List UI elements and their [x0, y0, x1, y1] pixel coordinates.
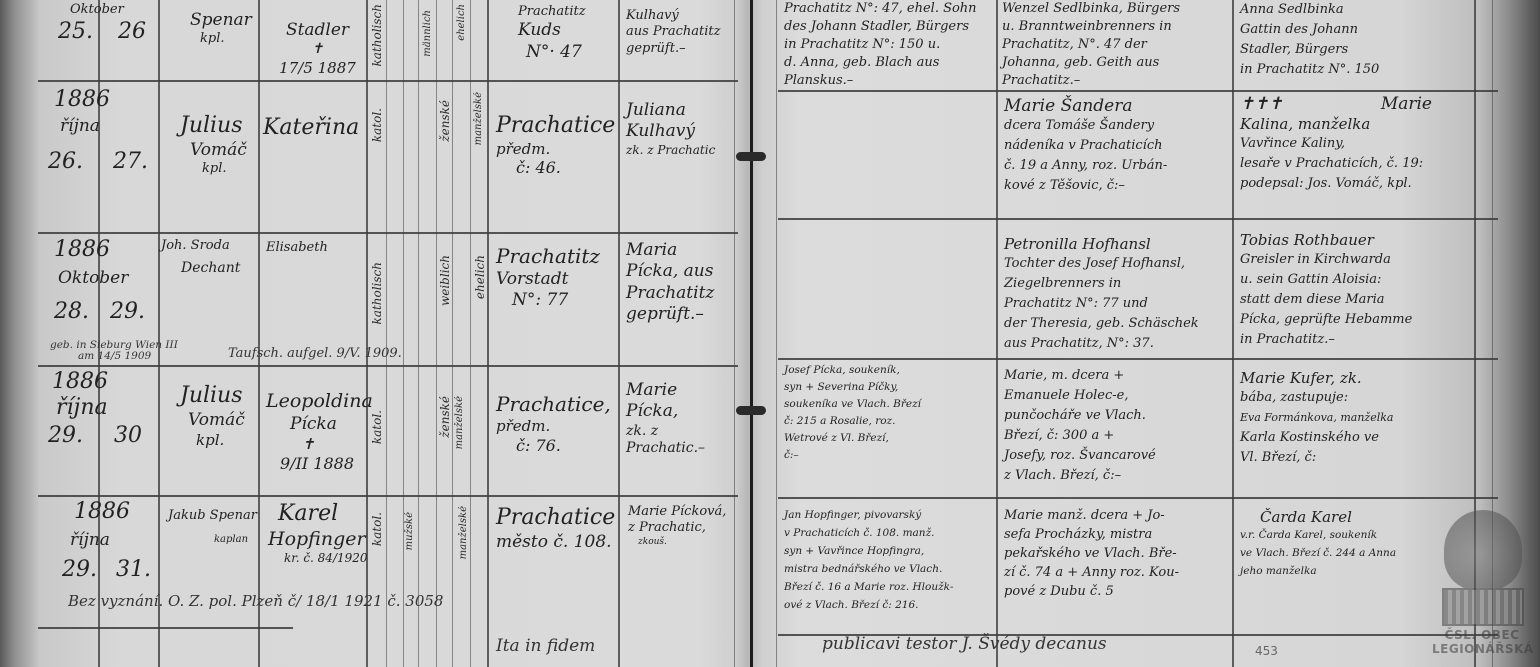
baptizer: Julius Vomáč kpl. — [180, 112, 260, 177]
legitimacy: manželské — [473, 92, 484, 145]
month: října — [60, 116, 100, 137]
marginal-note: Taufsch. aufgel. 9/V. 1909. — [228, 346, 402, 361]
house-address: Prachatice, předm. č: 76. — [496, 380, 618, 456]
legion-watermark-stamp: ČSL. OBEC LEGIONÁŘSKÁ — [1432, 510, 1532, 660]
baptism-day: 31. — [116, 556, 151, 584]
sex: weiblich — [438, 255, 452, 306]
birth-day: 25. — [58, 18, 93, 46]
register-book-spread: Oktober 25. 26 Spenar kpl. Stadler ✝ 17/… — [0, 0, 1540, 667]
baptism-day: 27. — [113, 148, 148, 176]
left-page: Oktober 25. 26 Spenar kpl. Stadler ✝ 17/… — [18, 0, 740, 667]
child-name: Leopoldina Pícka ✝ 9/II 1888 — [266, 390, 366, 474]
house-address: Prachatitz Kuds N°· 47 — [518, 4, 613, 63]
midwife: Maria Pícka, aus Prachatitz geprüft.– — [626, 240, 738, 325]
marginal-note: Bez vyznání. O. Z. pol. Plzeň č/ 18/1 19… — [68, 592, 443, 610]
house-address: Prachatitz Vorstadt N°: 77 — [496, 244, 616, 312]
mother-info: Marie Šandera dcera Tomáše Šandery náden… — [1004, 96, 1232, 196]
child-name: Elisabeth — [266, 240, 328, 256]
row-divider — [778, 497, 1498, 499]
legitimacy: ehelich — [456, 4, 467, 41]
sex: mužské — [404, 512, 415, 550]
baptizer: Joh. Sroda Dechant — [161, 238, 259, 278]
child-name: Karel Hopfinger kr. č. 84/1920 — [268, 500, 368, 566]
religion: katholisch — [370, 4, 384, 66]
mother-info: Wenzel Sedlbinka, Bürgers u. Branntweinb… — [1002, 0, 1230, 90]
page-footer-note: Ita in fidem — [496, 636, 595, 656]
column-divider — [418, 0, 419, 667]
page-footer-signature: publicavi testor J. Švédy decanus — [822, 634, 1107, 654]
soldier-portrait-icon — [1444, 510, 1522, 590]
page-number: 453 — [1255, 644, 1278, 658]
column-divider — [403, 0, 404, 667]
religion: katol. — [370, 108, 384, 142]
crosses-mark: ✝✝✝ — [1240, 94, 1283, 114]
midwife: Kulhavý aus Prachatitz geprüft.– — [626, 8, 736, 57]
birth-day: 29. — [62, 556, 97, 584]
sex: ženské — [438, 100, 452, 142]
father-info: Josef Pícka, soukeník, syn + Severina Pí… — [784, 362, 996, 464]
column-divider — [996, 0, 998, 667]
row-divider — [38, 365, 738, 367]
house-address: Prachatice město č. 108. — [496, 504, 618, 553]
column-divider — [158, 0, 160, 667]
sex: ženské — [438, 396, 452, 438]
year: 1886 — [54, 236, 110, 264]
row-divider — [778, 358, 1498, 360]
father-info: Jan Hopfinger, pivovarský v Prachaticích… — [784, 506, 996, 614]
book-binding — [740, 0, 762, 667]
house-address: Prachatice předm. č: 46. — [496, 112, 616, 178]
year: 1886 — [74, 498, 130, 526]
baptizer: Julius Vomáč kpl. — [180, 382, 260, 450]
legitimacy: manželské — [454, 396, 465, 449]
godparents-info: Tobias Rothbauer Greisler in Kirchwarda … — [1240, 230, 1472, 350]
midwife: Juliana Kulhavý zk. z Prachatic — [626, 100, 738, 158]
sex: männlich — [422, 10, 433, 57]
godparents-info: ✝✝✝ Marie Kalina, manželka Vavřince Kali… — [1240, 94, 1472, 194]
father-info: Prachatitz N°: 47, ehel. Sohn des Johann… — [784, 0, 994, 90]
row-divider — [38, 495, 738, 497]
birth-day: 29. — [48, 422, 83, 450]
row-divider — [778, 90, 1498, 92]
column-divider — [436, 0, 437, 667]
month: Oktober — [70, 2, 124, 18]
row-divider — [778, 218, 1498, 220]
legitimacy: manželské — [458, 506, 469, 559]
row-divider — [38, 232, 738, 234]
mother-info: Marie, m. dcera + Emanuele Holec-e, punč… — [1004, 366, 1232, 486]
spine — [750, 0, 753, 667]
column-divider — [618, 0, 620, 667]
year: 1886 — [54, 86, 110, 114]
mother-info: Petronilla Hofhansl Tochter des Josef Ho… — [1004, 234, 1232, 354]
birth-day: 26. — [48, 148, 83, 176]
baptism-day: 30 — [114, 422, 142, 450]
birth-day: 28. — [54, 298, 89, 326]
column-divider — [776, 0, 777, 667]
month: října — [70, 530, 110, 551]
year: 1886 — [52, 368, 108, 396]
mother-info: Marie manž. dcera + Jo- sefa Procházky, … — [1004, 506, 1232, 601]
column-divider — [452, 0, 453, 667]
midwife: Marie Pícka, zk. z Prachatic.– — [626, 380, 738, 458]
child-name: Stadler ✝ 17/5 1887 — [270, 20, 365, 78]
coat-of-arms-icon — [1442, 588, 1524, 626]
month: října — [56, 394, 108, 422]
godparent-signature: Čarda Karel — [1260, 508, 1440, 526]
godparents-info: Marie Kufer, zk. bába, zastupuje: Eva Fo… — [1240, 368, 1472, 468]
column-divider — [1232, 0, 1234, 667]
column-divider — [258, 0, 260, 667]
baptism-day: 29. — [110, 298, 145, 326]
marginal-note: geb. in Sieburg Wien III am 14/5 1909 — [50, 340, 178, 362]
religion: katholisch — [370, 262, 384, 324]
column-divider — [386, 0, 387, 667]
right-page: Prachatitz N°: 47, ehel. Sohn des Johann… — [762, 0, 1512, 667]
baptism-day: 26 — [118, 18, 146, 46]
baptizer: Spenar kpl. — [190, 10, 260, 48]
midwife: Marie Pícková, z Prachatic, zkouš. — [628, 504, 738, 548]
column-divider — [487, 0, 489, 667]
religion: katol. — [370, 410, 384, 444]
column-divider — [470, 0, 471, 667]
baptizer: Jakub Spenar kaplan — [168, 508, 268, 547]
child-name: Kateřina — [263, 114, 359, 142]
legitimacy: ehelich — [473, 255, 487, 299]
column-divider — [366, 0, 368, 667]
row-divider — [38, 627, 293, 629]
godparents-info: Čarda Karel v.r. Čarda Karel, soukeník v… — [1240, 508, 1440, 580]
row-divider — [38, 80, 738, 82]
godparents-info: Anna Sedlbinka Gattin des Johann Stadler… — [1240, 0, 1470, 80]
religion: katol. — [370, 512, 384, 546]
month: Oktober — [58, 268, 128, 289]
